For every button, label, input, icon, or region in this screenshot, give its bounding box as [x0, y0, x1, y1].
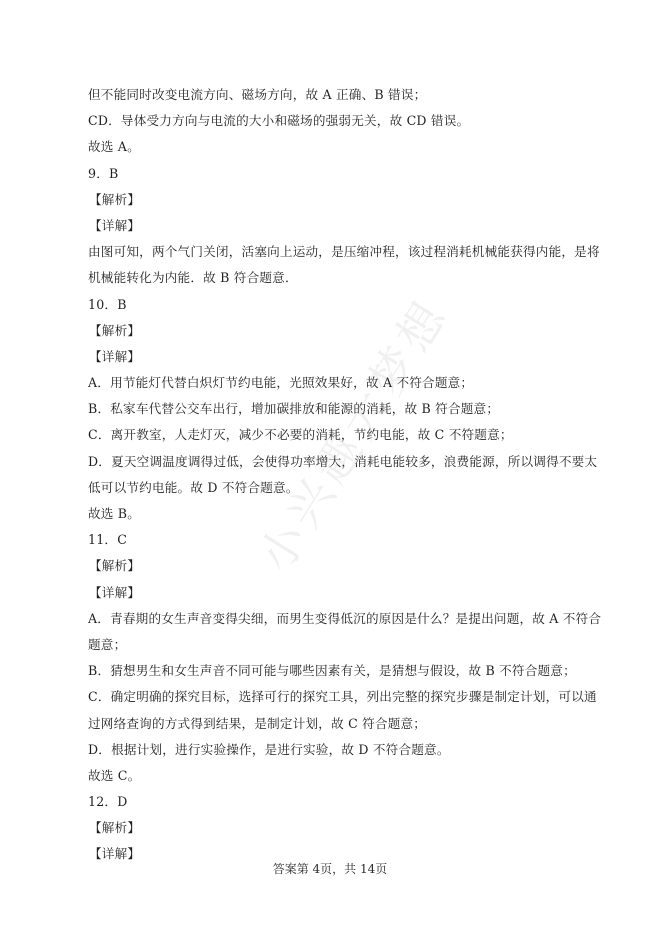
- answer-line: 故选 C。: [88, 763, 580, 789]
- page-footer: 答案第 4页，共 14页: [0, 860, 660, 877]
- document-page: 但不能同时改变电流方向、磁场方向，故 A 正确、B 错误； CD．导体受力方向与…: [0, 0, 660, 933]
- text-line: 由图可知，两个气门关闭，活塞向上运动，是压缩冲程，该过程消耗机械能获得内能，是将: [88, 239, 580, 265]
- option-line-d: D．根据计划，进行实验操作，是进行实验，故 D 不符合题意。: [88, 737, 580, 763]
- question-number: 12．D: [88, 789, 580, 815]
- section-heading-detail: 【详解】: [89, 344, 580, 370]
- question-number: 10．B: [88, 292, 580, 318]
- question-number: 9．B: [88, 161, 580, 187]
- text-line: 但不能同时改变电流方向、磁场方向，故 A 正确、B 错误；: [88, 82, 580, 108]
- text-line: 过网络查询的方式得到结果，是制定计划，故 C 符合题意；: [88, 711, 580, 737]
- option-line-b: B．私家车代替公交车出行，增加碳排放和能源的消耗，故 B 符合题意；: [88, 396, 580, 422]
- text-line: 题意；: [88, 632, 580, 658]
- section-heading-analysis: 【解析】: [89, 815, 580, 841]
- section-heading-analysis: 【解析】: [89, 318, 580, 344]
- section-heading-analysis: 【解析】: [89, 187, 580, 213]
- option-line-d: D．夏天空调温度调得过低，会使得功率增大，消耗电能较多，浪费能源，所以调得不要太: [88, 449, 580, 475]
- section-heading-detail: 【详解】: [89, 580, 580, 606]
- text-line: CD．导体受力方向与电流的大小和磁场的强弱无关，故 CD 错误。: [88, 108, 580, 134]
- answer-line: 故选 B。: [88, 501, 580, 527]
- section-heading-detail: 【详解】: [89, 213, 580, 239]
- option-line-a: A．用节能灯代替白炽灯节约电能，光照效果好，故 A 不符合题意；: [88, 370, 580, 396]
- option-line-c: C．离开教室，人走灯灭，减少不必要的消耗，节约电能，故 C 不符题意；: [88, 422, 580, 448]
- answer-content: 但不能同时改变电流方向、磁场方向，故 A 正确、B 错误； CD．导体受力方向与…: [88, 82, 580, 868]
- section-heading-analysis: 【解析】: [89, 553, 580, 579]
- text-line: 机械能转化为内能．故 B 符合题意．: [88, 265, 580, 291]
- option-line-a: A．青春期的女生声音变得尖细，而男生变得低沉的原因是什么？是提出问题，故 A 不…: [88, 606, 580, 632]
- option-line-b: B．猜想男生和女生声音不同可能与哪些因素有关，是猜想与假设，故 B 不符合题意；: [88, 658, 580, 684]
- text-line: 低可以节约电能。故 D 不符合题意。: [88, 475, 580, 501]
- question-number: 11．C: [88, 527, 580, 553]
- answer-line: 故选 A。: [88, 134, 580, 160]
- option-line-c: C．确定明确的探究目标，选择可行的探究工具，列出完整的探究步骤是制定计划，可以通: [88, 684, 580, 710]
